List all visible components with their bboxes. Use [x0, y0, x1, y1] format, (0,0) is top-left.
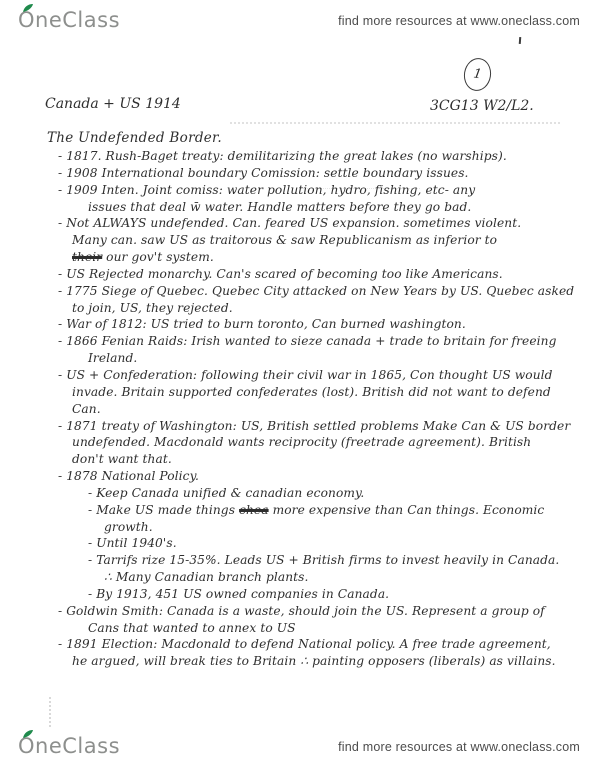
note-line: - Make US made things chea more expensiv…	[46, 502, 583, 519]
scanned-note-page: OneClass find more resources at www.onec…	[0, 0, 595, 770]
note-line: - 1878 National Policy.	[46, 468, 583, 485]
note-line: - US Rejected monarchy. Can's scared of …	[46, 266, 583, 283]
note-text: - By 1913, 451 US owned companies in Can…	[88, 587, 389, 601]
note-line: - US + Confederation: following their ci…	[46, 367, 583, 384]
note-text: - Until 1940's.	[88, 536, 177, 550]
section-heading: The Undefended Border.	[47, 130, 222, 146]
leaf-icon	[22, 729, 34, 739]
note-text: Can.	[72, 402, 101, 416]
note-line: invade. Britain supported confederates (…	[46, 384, 583, 401]
leaf-icon	[22, 3, 34, 13]
note-line: he argued, will break ties to Britain ∴ …	[46, 653, 583, 670]
note-text: more expensive than Can things. Economic	[269, 503, 545, 517]
note-line: growth.	[46, 519, 583, 536]
note-text: Many can. saw US as traitorous & saw Rep…	[72, 233, 497, 247]
course-code: 3CG13 W2/L2.	[430, 98, 534, 114]
note-line: undefended. Macdonald wants reciprocity …	[46, 434, 583, 451]
note-text: he argued, will break ties to Britain ∴ …	[72, 654, 556, 668]
note-line: Can.	[46, 401, 583, 418]
note-title: Canada + US 1914	[45, 96, 181, 112]
note-line: - By 1913, 451 US owned companies in Can…	[46, 586, 583, 603]
note-text: - 1817. Rush-Baget treaty: demilitarizin…	[58, 149, 507, 163]
footer-tagline: find more resources at www.oneclass.com	[338, 740, 580, 754]
note-text: - Goldwin Smith: Canada is a waste, shou…	[58, 604, 545, 618]
note-line: - 1891 Election: Macdonald to defend Nat…	[46, 636, 583, 653]
note-text: don't want that.	[72, 452, 172, 466]
note-line: issues that deal w̄ water. Handle matter…	[46, 199, 583, 216]
note-text: undefended. Macdonald wants reciprocity …	[72, 435, 531, 449]
struck-text: chea	[239, 503, 269, 517]
note-text: to join, US, they rejected.	[72, 301, 233, 315]
scan-smudge	[230, 122, 560, 124]
struck-text: their	[72, 250, 102, 264]
note-text: Ireland.	[88, 351, 137, 365]
note-text: growth.	[104, 520, 153, 534]
note-line: their our gov't system.	[46, 249, 583, 266]
note-text: - 1909 Inten. Joint comiss: water pollut…	[58, 183, 475, 197]
page-number: 1	[472, 66, 483, 82]
note-line: ∴ Many Canadian branch plants.	[46, 569, 583, 586]
note-text: - Keep Canada unified & canadian economy…	[88, 486, 364, 500]
note-line: - Not ALWAYS undefended. Can. feared US …	[46, 215, 583, 232]
note-text: our gov't system.	[102, 250, 214, 264]
note-text: issues that deal w̄ water. Handle matter…	[88, 200, 471, 214]
oneclass-logo: OneClass	[18, 8, 120, 32]
note-line: don't want that.	[46, 451, 583, 468]
note-text: - 1775 Siege of Quebec. Quebec City atta…	[58, 284, 574, 298]
note-text: - 1871 treaty of Washington: US, British…	[58, 419, 570, 433]
note-text: - Make US made things	[88, 503, 239, 517]
header-tagline: find more resources at www.oneclass.com	[338, 14, 580, 28]
note-line: to join, US, they rejected.	[46, 300, 583, 317]
note-text: - 1878 National Policy.	[58, 469, 199, 483]
note-line: - 1909 Inten. Joint comiss: water pollut…	[46, 182, 583, 199]
note-text: - US + Confederation: following their ci…	[58, 368, 553, 382]
oneclass-logo: OneClass	[18, 734, 120, 758]
note-line: - 1908 International boundary Comission:…	[46, 165, 583, 182]
header: OneClass find more resources at www.onec…	[0, 8, 595, 42]
note-line: Cans that wanted to annex to US	[46, 620, 583, 637]
note-text: - Not ALWAYS undefended. Can. feared US …	[58, 216, 521, 230]
note-text: - 1908 International boundary Comission:…	[58, 166, 469, 180]
note-text: - US Rejected monarchy. Can's scared of …	[58, 267, 503, 281]
note-line: - Keep Canada unified & canadian economy…	[46, 485, 583, 502]
note-line: - Goldwin Smith: Canada is a waste, shou…	[46, 603, 583, 620]
note-line: - Tarrifs rize 15-35%. Leads US + Britis…	[46, 552, 583, 569]
note-line: - 1866 Fenian Raids: Irish wanted to sie…	[46, 333, 583, 350]
note-text: Cans that wanted to annex to US	[88, 621, 296, 635]
note-line: - Until 1940's.	[46, 535, 583, 552]
note-line: - 1775 Siege of Quebec. Quebec City atta…	[46, 283, 583, 300]
note-text: - Tarrifs rize 15-35%. Leads US + Britis…	[88, 553, 559, 567]
note-text: - 1891 Election: Macdonald to defend Nat…	[58, 637, 551, 651]
note-line: Many can. saw US as traitorous & saw Rep…	[46, 232, 583, 249]
note-text: invade. Britain supported confederates (…	[72, 385, 551, 399]
note-line: Ireland.	[46, 350, 583, 367]
note-line: - War of 1812: US tried to burn toronto,…	[46, 316, 583, 333]
note-line: - 1817. Rush-Baget treaty: demilitarizin…	[46, 148, 583, 165]
footer: OneClass find more resources at www.onec…	[0, 734, 595, 768]
note-line: - 1871 treaty of Washington: US, British…	[46, 418, 583, 435]
scan-smudge	[49, 697, 51, 727]
notes-list: - 1817. Rush-Baget treaty: demilitarizin…	[46, 148, 583, 670]
note-text: ∴ Many Canadian branch plants.	[104, 570, 309, 584]
note-text: - 1866 Fenian Raids: Irish wanted to sie…	[58, 334, 557, 348]
note-text: - War of 1812: US tried to burn toronto,…	[58, 317, 466, 331]
page-number-circle: 1	[462, 56, 494, 93]
